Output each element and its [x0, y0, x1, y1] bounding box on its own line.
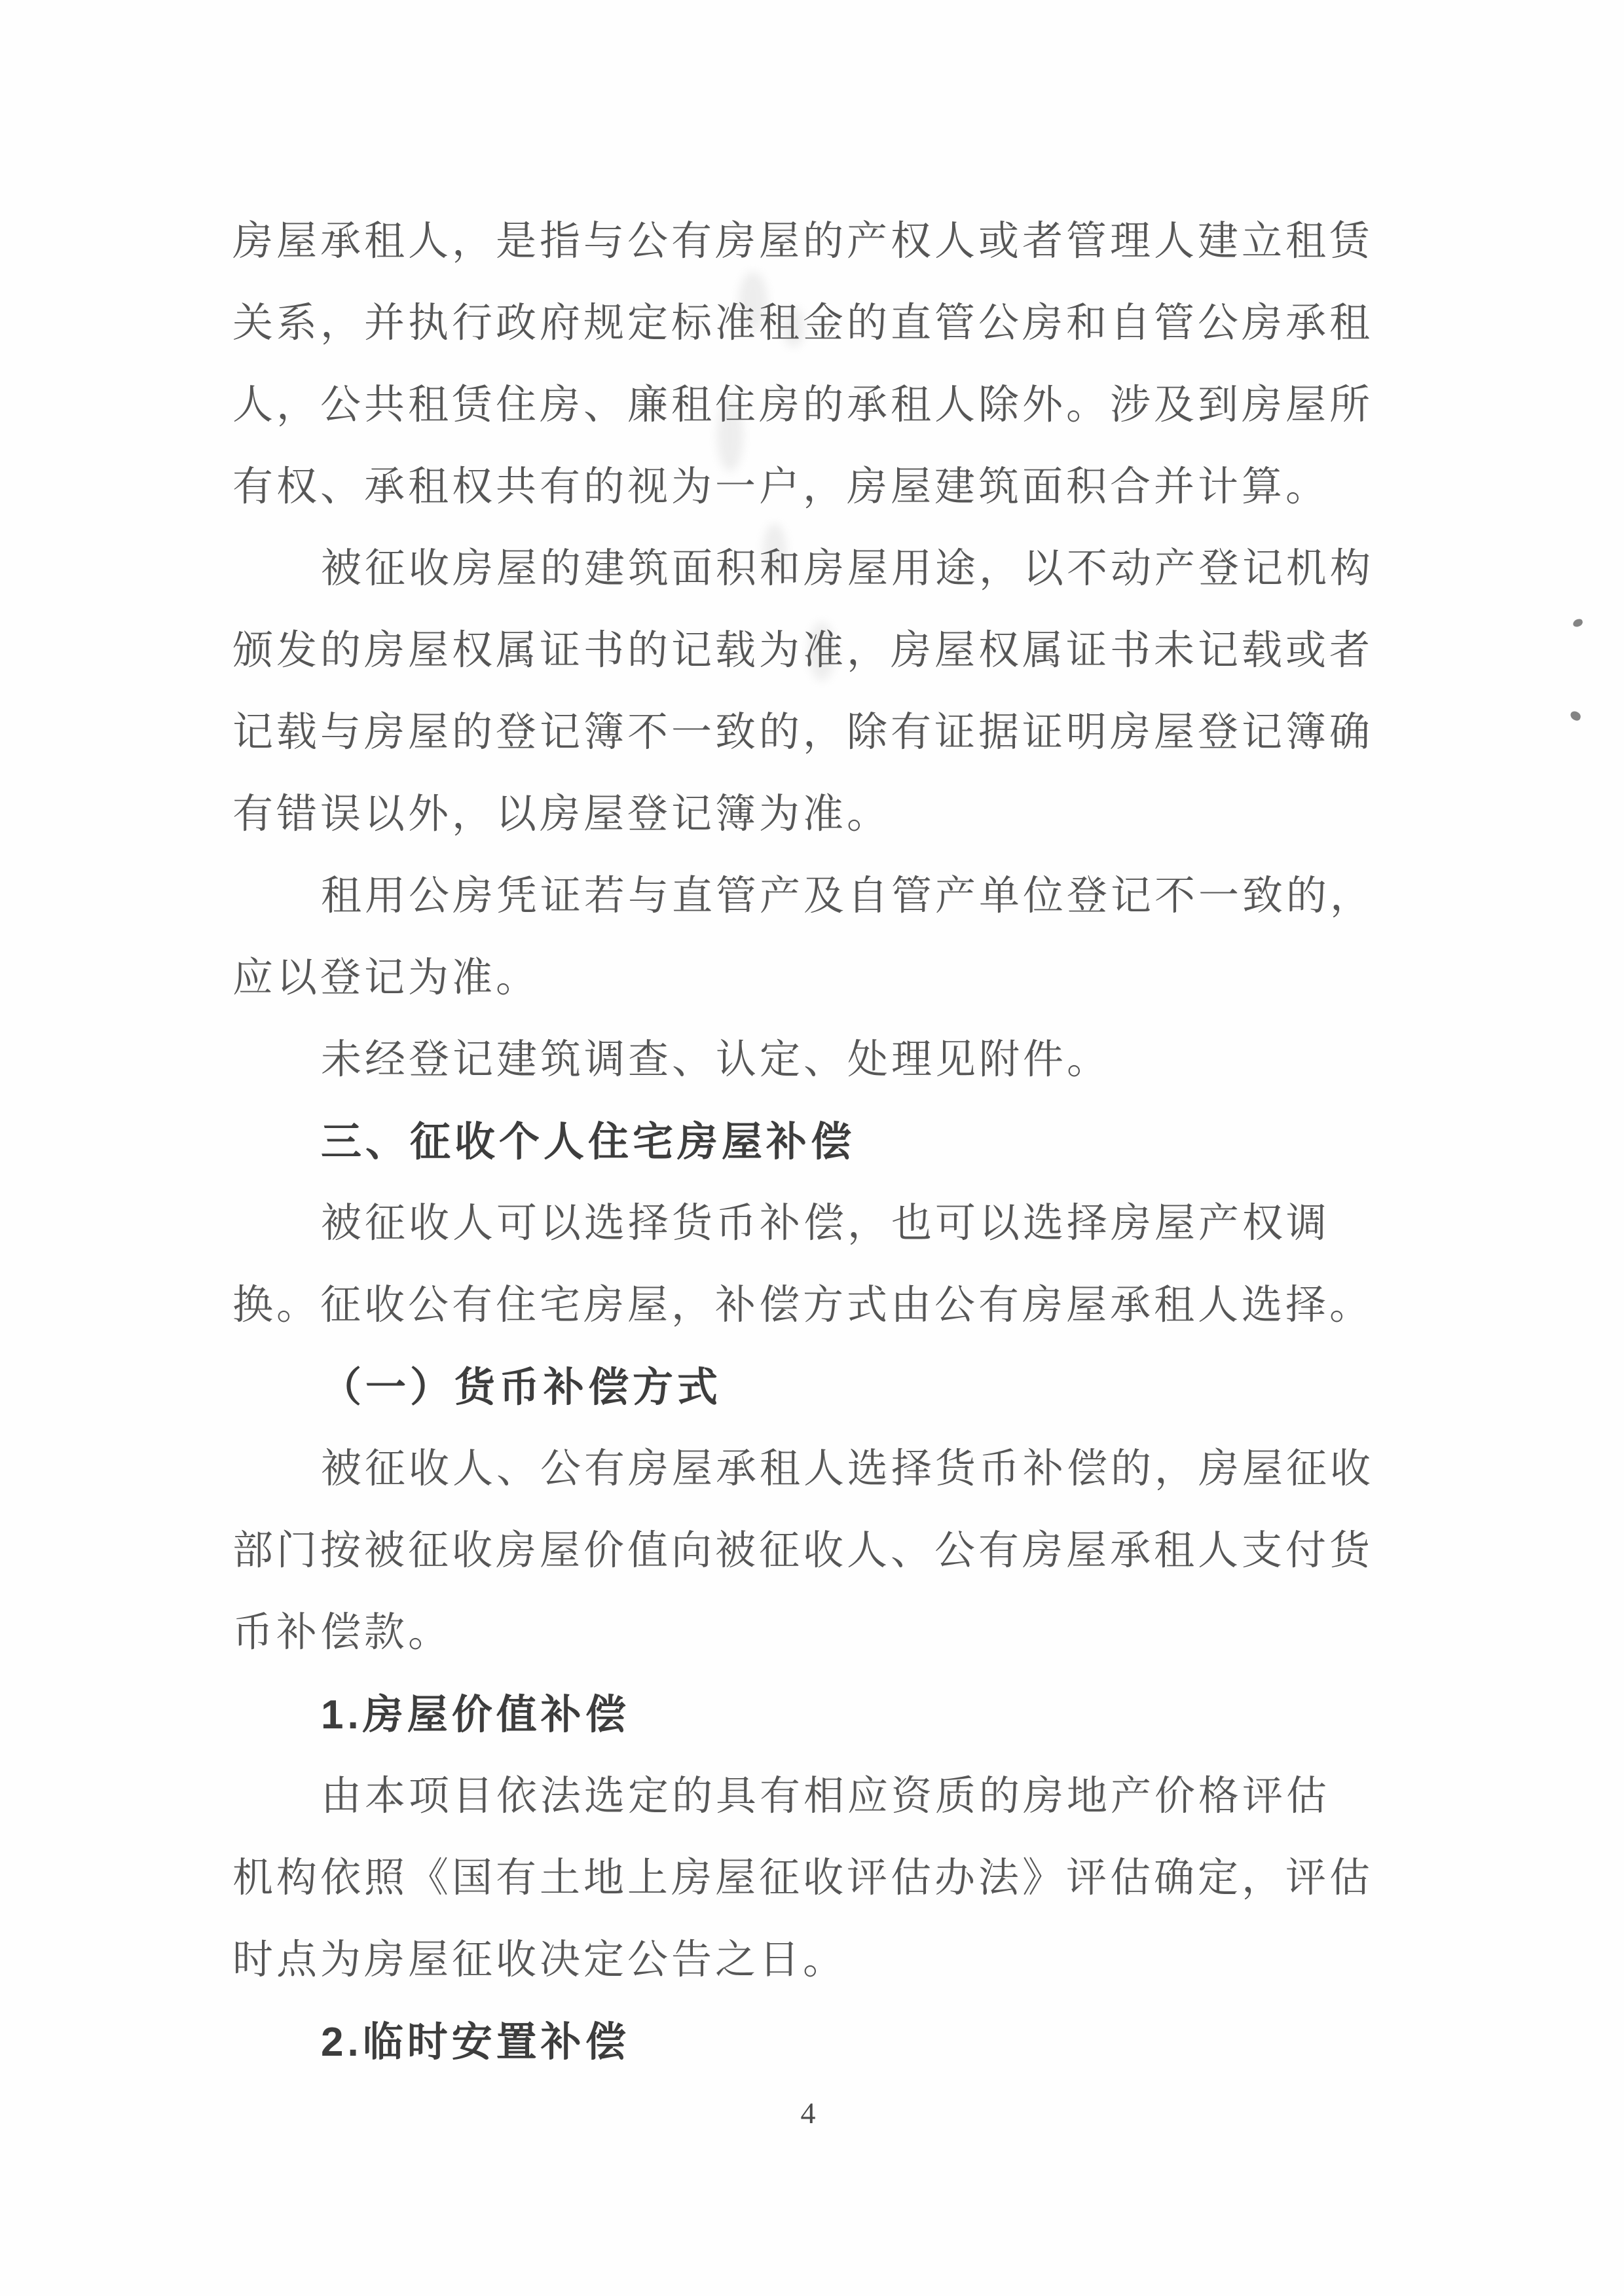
item-heading-1: 1.房屋价值补偿: [232, 1674, 1385, 1756]
text-line: 关系，并执行政府规定标准租金的直管公房和自管公房承租: [232, 283, 1385, 365]
text-line: 币补偿款。: [232, 1592, 1385, 1674]
text-line: 被征收房屋的建筑面积和房屋用途，以不动产登记机构: [232, 528, 1385, 610]
text-line: 换。征收公有住宅房屋，补偿方式由公有房屋承租人选择。: [232, 1265, 1385, 1347]
text-line: 租用公房凭证若与直管产及自管产单位登记不一致的，: [232, 856, 1385, 938]
scan-speck: [1572, 618, 1583, 628]
text-line: 未经登记建筑调查、认定、处理见附件。: [232, 1019, 1385, 1101]
text-line: 人，公共租赁住房、廉租住房的承租人除外。涉及到房屋所: [232, 365, 1385, 446]
text-line: 由本项目依法选定的具有相应资质的房地产价格评估: [232, 1756, 1385, 1838]
document-page: 房屋承租人，是指与公有房屋的产权人或者管理人建立租赁 关系，并执行政府规定标准租…: [0, 0, 1624, 2296]
document-body: 房屋承租人，是指与公有房屋的产权人或者管理人建立租赁 关系，并执行政府规定标准租…: [232, 201, 1385, 2083]
item-heading-2: 2.临时安置补偿: [232, 2001, 1385, 2083]
text-line: 有权、承租权共有的视为一户，房屋建筑面积合并计算。: [232, 446, 1385, 528]
text-line: 时点为房屋征收决定公告之日。: [232, 1920, 1385, 2001]
text-line: 机构依照《国有土地上房屋征收评估办法》评估确定，评估: [232, 1838, 1385, 1920]
text-line: 应以登记为准。: [232, 938, 1385, 1019]
text-line: 部门按被征收房屋价值向被征收人、公有房屋承租人支付货: [232, 1510, 1385, 1592]
subsection-heading: （一）货币补偿方式: [232, 1347, 1385, 1429]
text-line: 记载与房屋的登记簿不一致的，除有证据证明房屋登记簿确: [232, 692, 1385, 774]
text-line: 有错误以外，以房屋登记簿为准。: [232, 774, 1385, 856]
text-line: 被征收人可以选择货币补偿，也可以选择房屋产权调: [232, 1183, 1385, 1265]
page-number: 4: [0, 2092, 1616, 2134]
scan-speck: [1569, 710, 1581, 722]
text-line: 房屋承租人，是指与公有房屋的产权人或者管理人建立租赁: [232, 201, 1385, 283]
text-line: 被征收人、公有房屋承租人选择货币补偿的，房屋征收: [232, 1429, 1385, 1510]
section-heading: 三、征收个人住宅房屋补偿: [232, 1101, 1385, 1183]
text-line: 颁发的房屋权属证书的记载为准，房屋权属证书未记载或者: [232, 610, 1385, 692]
